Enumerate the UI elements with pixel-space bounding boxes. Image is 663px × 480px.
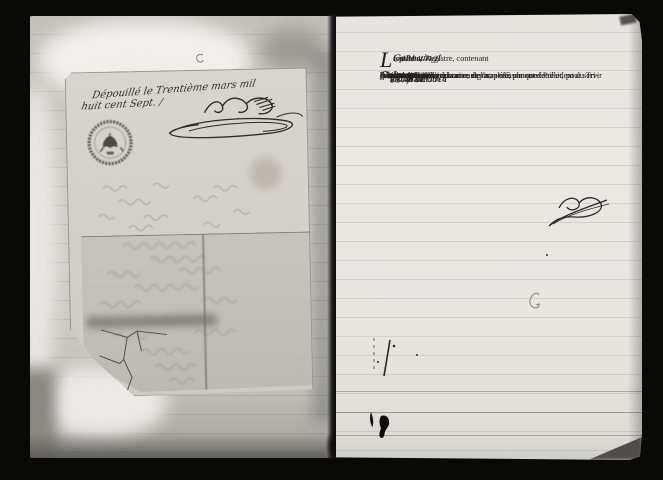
left-page: Dépouillé le Trentième mars mil huit cen… — [30, 16, 333, 458]
page-edge-shading — [628, 14, 642, 460]
president-signature — [541, 190, 613, 232]
faint-ink-traces — [83, 177, 299, 233]
printed-text: an XIII. — [404, 71, 430, 88]
right-page: Le présent Registre, contenant Cent ving… — [336, 14, 642, 460]
dropcap-initial: L — [380, 56, 391, 64]
ink-blot — [366, 410, 392, 448]
page-bottom-shadow — [30, 432, 333, 458]
printed-text: feuillets, — [393, 50, 422, 67]
imperial-seal-icon — [87, 118, 134, 167]
annotation-signature — [158, 89, 307, 150]
pen-squiggle-mark — [523, 290, 545, 314]
ruled-line-dark — [336, 391, 642, 392]
scanned-register-photograph: Dépouillé le Trentième mars mil huit cen… — [0, 0, 663, 480]
attestation-line-1: Le présent Registre, contenant Cent ving… — [380, 50, 642, 67]
pen-curl-mark — [193, 52, 207, 66]
attached-document: Dépouillé le Trentième mars mil huit cen… — [65, 68, 314, 398]
register-attestation-text: Le présent Registre, contenant Cent ving… — [380, 50, 642, 71]
dust-speck — [456, 74, 458, 76]
dust-speck — [546, 254, 548, 256]
pen-marks — [370, 332, 400, 382]
dust-speck — [416, 354, 418, 356]
